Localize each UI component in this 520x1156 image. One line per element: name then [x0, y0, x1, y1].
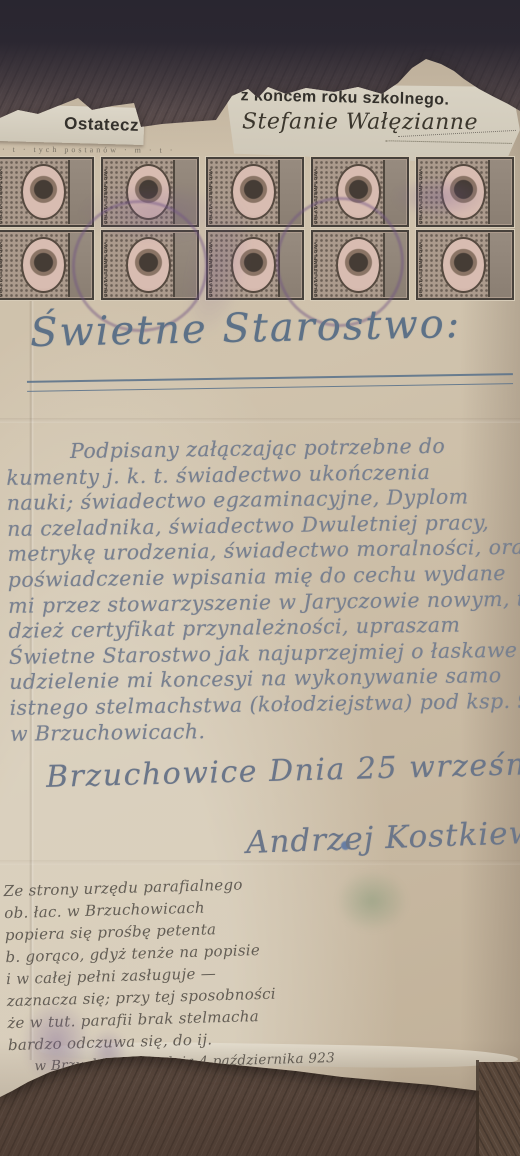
- date-line: Brzuchowice Dnia 25 września 925: [46, 744, 520, 796]
- handwritten-name: Stefanie Wałęzianne: [242, 111, 478, 134]
- wood-chevron-grain: [479, 1062, 520, 1156]
- body-text: Podpisany załączając potrzebne do kument…: [6, 432, 520, 747]
- printed-fragment-right: z koncem roku szkolnego.: [240, 88, 510, 110]
- eagle-crest-icon: [441, 237, 486, 293]
- ink-smudge: [392, 176, 487, 218]
- stamp-value-band: [488, 233, 511, 297]
- stamp-label: OPŁATA STEMPLOWA: [0, 162, 3, 224]
- eagle-crest-icon: [21, 164, 66, 220]
- document-paper: Ostatecz z koncem roku szkolnego. Stefan…: [0, 0, 520, 1156]
- printed-label-left: Ostatecz: [0, 104, 144, 145]
- title-double-underline: [27, 373, 513, 392]
- paper-wrap: Ostatecz z koncem roku szkolnego. Stefan…: [0, 0, 520, 1156]
- eagle-crest-icon: [21, 237, 66, 293]
- stamp-label: OPŁATA STEMPLOWA: [0, 235, 3, 297]
- horizontal-crease-upper: [0, 418, 520, 423]
- photo-of-document: Ostatecz z koncem roku szkolnego. Stefan…: [0, 0, 520, 1156]
- printed-fragment-left: Ostatecz: [0, 104, 144, 134]
- stamp-value-band: [488, 160, 511, 224]
- document-title: Świetne Starostwo:: [30, 301, 517, 355]
- stamp-label: OPŁATA STEMPLOWA: [418, 235, 423, 297]
- dotted-rule: [386, 140, 512, 144]
- revenue-stamp: OPŁATA STEMPLOWA: [416, 230, 514, 300]
- wood-bottom-tint: [0, 1040, 520, 1156]
